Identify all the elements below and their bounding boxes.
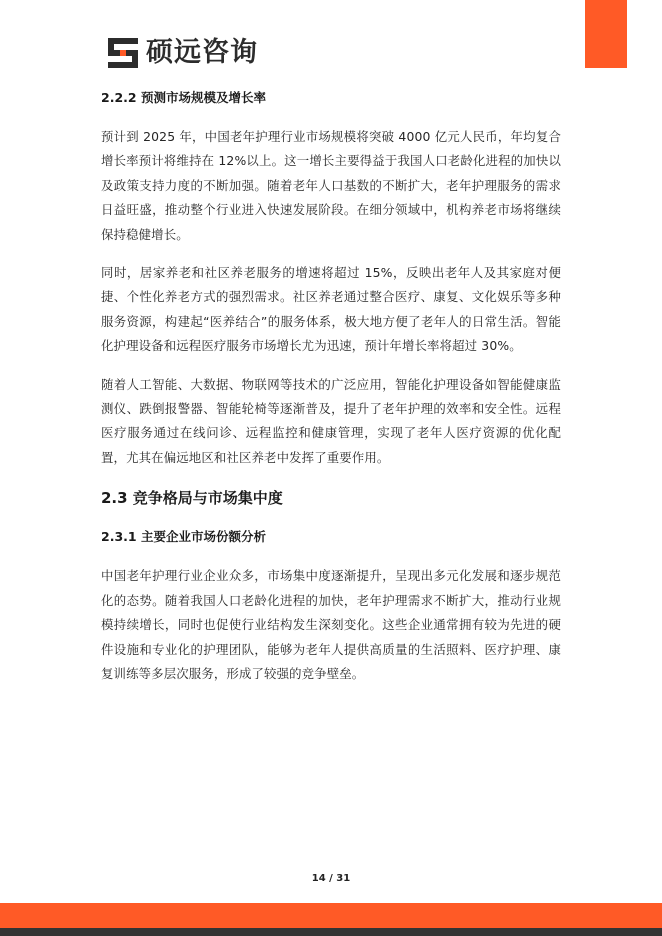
section-heading-2-2-2: 2.2.2 预测市场规模及增长率 bbox=[101, 88, 561, 108]
footer-dark-strip bbox=[0, 928, 662, 936]
corner-accent-tab bbox=[585, 0, 627, 68]
page-number: 14 / 31 bbox=[0, 873, 662, 884]
brand-s-logo-icon bbox=[108, 38, 138, 68]
footer-accent-bar bbox=[0, 903, 662, 928]
section-heading-2-3: 2.3 竞争格局与市场集中度 bbox=[101, 486, 561, 510]
logo-text: 硕远咨询 bbox=[146, 38, 258, 68]
document-body: 2.2.2 预测市场规模及增长率 预计到 2025 年，中国老年护理行业市场规模… bbox=[101, 88, 561, 686]
paragraph: 同时，居家养老和社区养老服务的增速将超过 15%，反映出老年人及其家庭对便捷、个… bbox=[101, 261, 561, 359]
company-logo: 硕远咨询 bbox=[108, 36, 258, 70]
paragraph: 预计到 2025 年，中国老年护理行业市场规模将突破 4000 亿元人民币，年均… bbox=[101, 125, 561, 247]
paragraph: 随着人工智能、大数据、物联网等技术的广泛应用，智能化护理设备如智能健康监测仪、跌… bbox=[101, 373, 561, 471]
paragraph: 中国老年护理行业企业众多，市场集中度逐渐提升，呈现出多元化发展和逐步规范化的态势… bbox=[101, 564, 561, 686]
section-heading-2-3-1: 2.3.1 主要企业市场份额分析 bbox=[101, 527, 561, 547]
